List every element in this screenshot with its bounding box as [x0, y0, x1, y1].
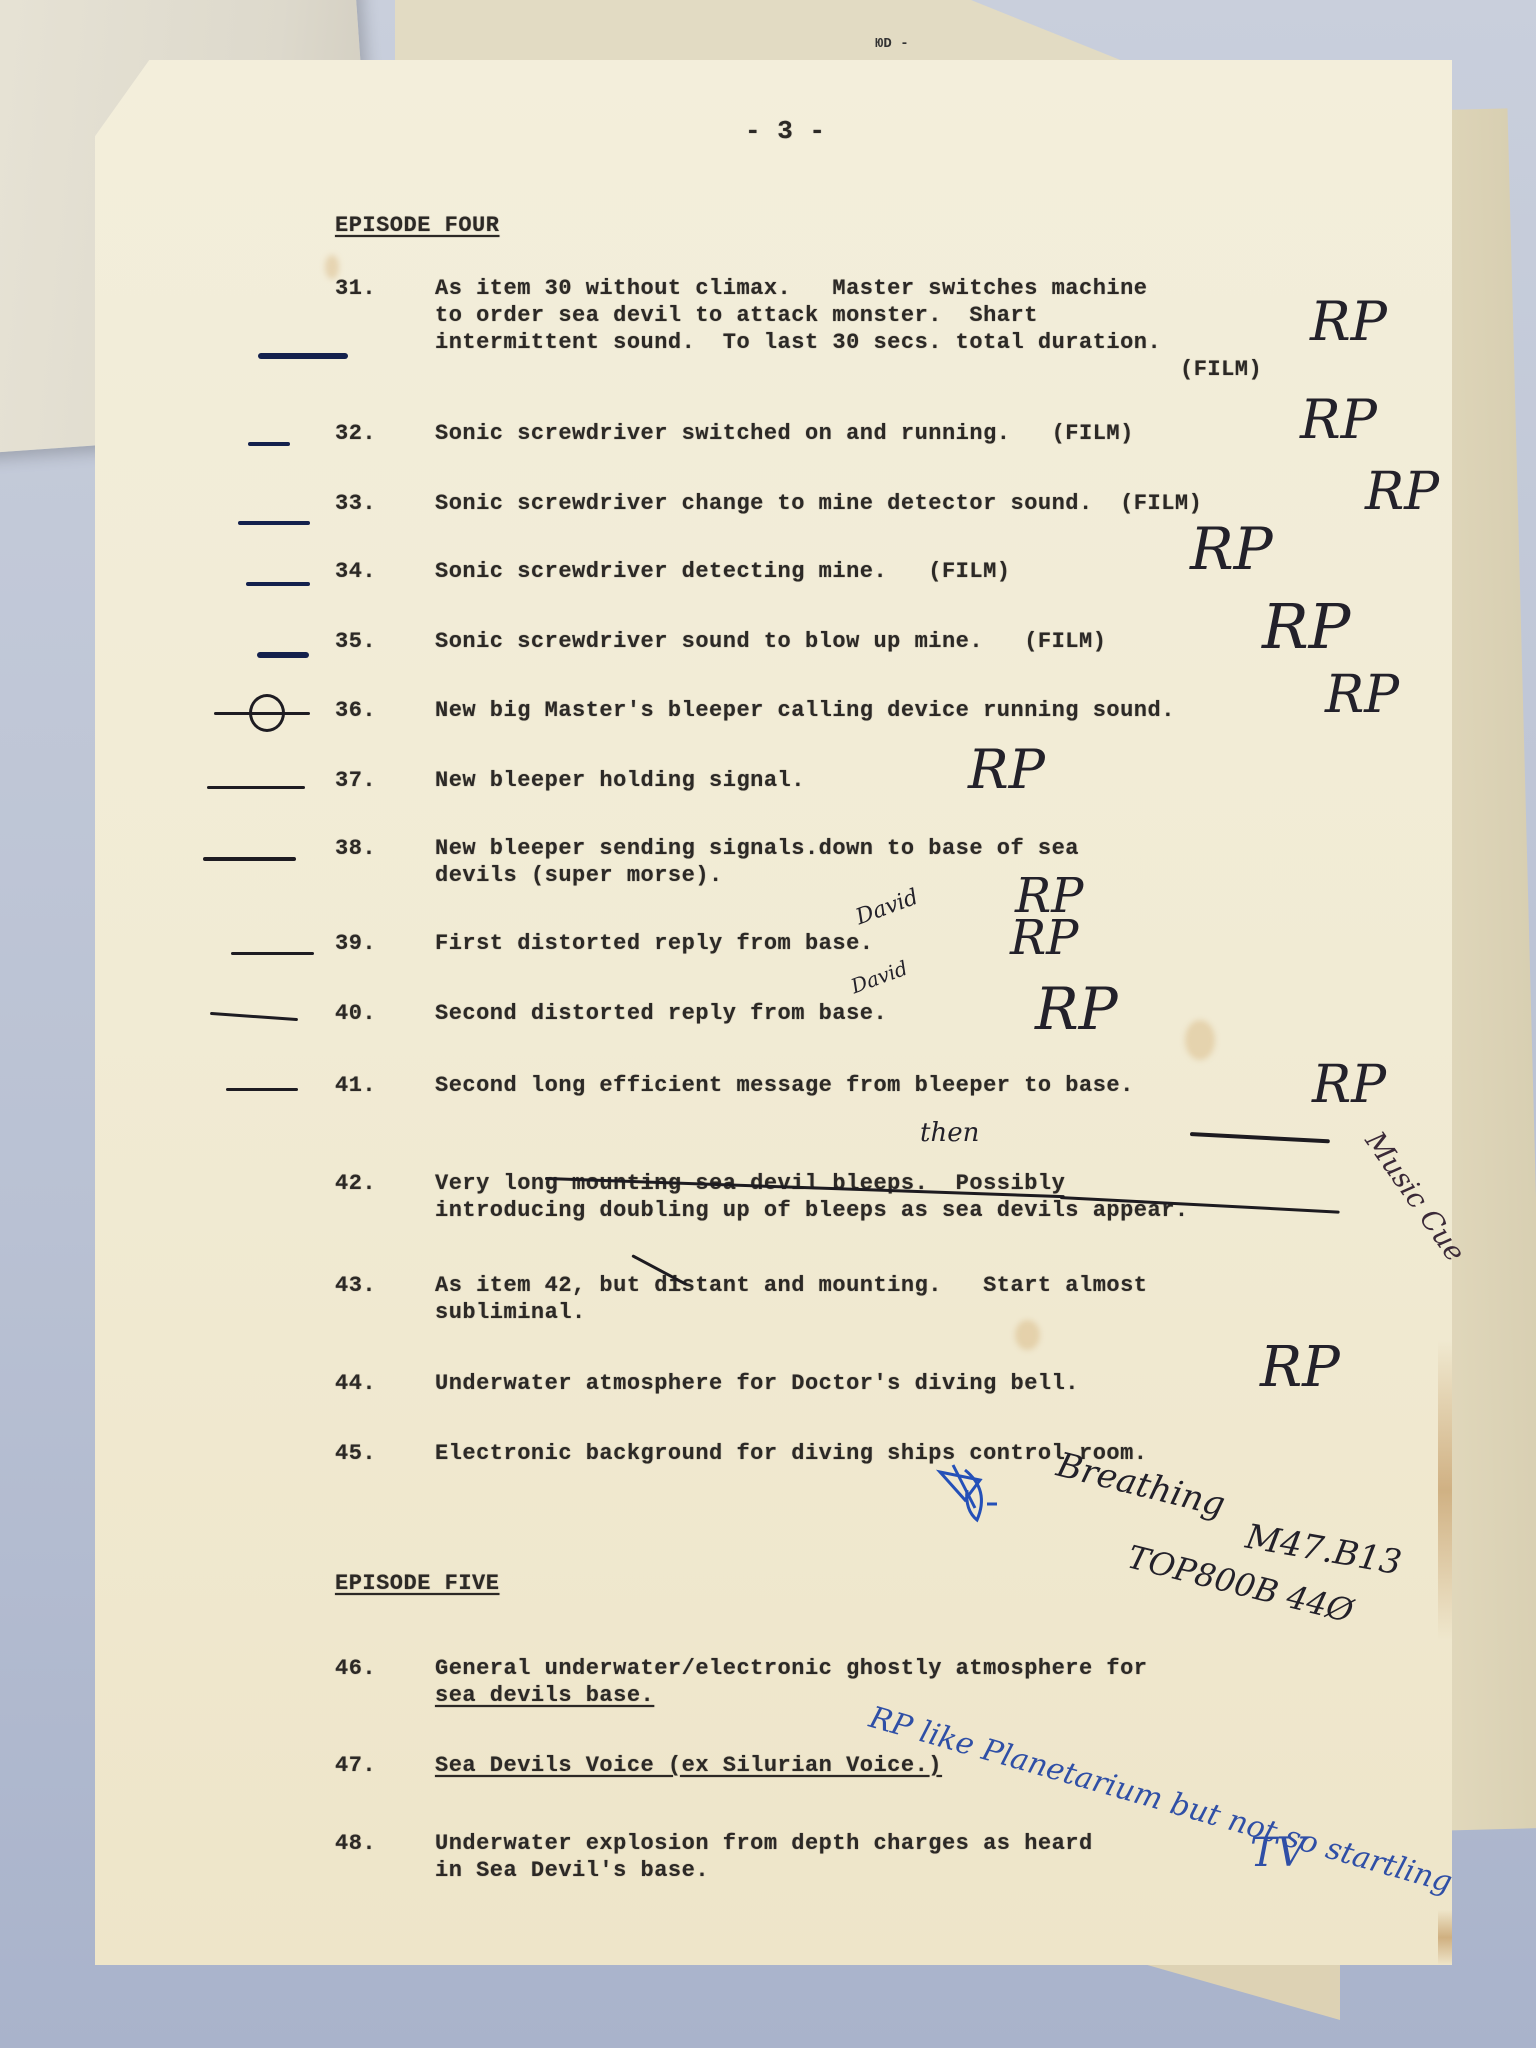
item-text: Electronic background for diving ships c…: [435, 1440, 1148, 1467]
item-number: 37.: [335, 767, 376, 794]
initials-annotation: RP: [1325, 665, 1399, 725]
tick-mark: [226, 1088, 298, 1091]
item-number: 48.: [335, 1830, 376, 1857]
item-text: Sonic screwdriver change to mine detecto…: [435, 490, 1202, 517]
item-text: First distorted reply from base.: [435, 930, 873, 957]
item-number: 47.: [335, 1752, 376, 1779]
item-text: Underwater atmosphere for Doctor's divin…: [435, 1370, 1079, 1397]
item-text: As item 42, but distant and mounting. St…: [435, 1272, 1148, 1299]
item-number: 38.: [335, 835, 376, 862]
background-paper-flap: [1130, 1960, 1340, 2020]
tick-mark: [257, 652, 309, 658]
item-number: 43.: [335, 1272, 376, 1299]
item-text: Second long efficient message from bleep…: [435, 1072, 1134, 1099]
item-text: intermittent sound. To last 30 secs. tot…: [435, 329, 1161, 356]
tick-mark: [203, 857, 296, 861]
item-number: 36.: [335, 697, 376, 724]
initials-annotation: RP: [1035, 975, 1118, 1043]
circle-mark: [249, 694, 285, 732]
item-text: devils (super morse).: [435, 862, 723, 889]
item-number: 34.: [335, 558, 376, 585]
item-text: subliminal.: [435, 1299, 586, 1326]
initials-annotation: RP: [1262, 590, 1350, 663]
item-text: Sonic screwdriver sound to blow up mine.…: [435, 628, 1106, 655]
item-number: 31.: [335, 275, 376, 302]
item-number: 33.: [335, 490, 376, 517]
section-heading: EPISODE FOUR: [335, 212, 499, 239]
tick-mark: [207, 786, 305, 789]
tick-mark: [248, 442, 290, 446]
back-sheet-mark: ЮD -: [875, 36, 909, 52]
item-number: 32.: [335, 420, 376, 447]
item-text: General underwater/electronic ghostly at…: [435, 1655, 1148, 1682]
item-number: 44.: [335, 1370, 376, 1397]
item-text: New bleeper sending signals.down to base…: [435, 835, 1079, 862]
item-text: Sea Devils Voice (ex Silurian Voice.): [435, 1752, 942, 1779]
item-text: sea devils base.: [435, 1682, 654, 1709]
initials-annotation: RP: [1300, 388, 1377, 451]
item-text: Second distorted reply from base.: [435, 1000, 887, 1027]
tv-annotation: TV: [1250, 1830, 1306, 1876]
initials-annotation: RP: [1312, 1055, 1386, 1115]
item-number: 40.: [335, 1000, 376, 1027]
page-number: - 3 -: [745, 118, 826, 145]
initials-annotation: RP: [1310, 290, 1387, 353]
item-text: to order sea devil to attack monster. Sh…: [435, 302, 1038, 329]
item-number: 41.: [335, 1072, 376, 1099]
item-text: New bleeper holding signal.: [435, 767, 805, 794]
tick-mark: [246, 582, 310, 586]
item-text: As item 30 without climax. Master switch…: [435, 275, 1148, 302]
item-number: 42.: [335, 1170, 376, 1197]
initials-annotation: RP: [1260, 1335, 1340, 1400]
diving-bell-sketch-icon: [935, 1460, 1005, 1530]
tick-mark: [238, 521, 310, 525]
tick-mark: [258, 353, 348, 359]
item-text: Sonic screwdriver detecting mine. (FILM): [435, 558, 1011, 585]
item-text: introducing doubling up of bleeps as sea…: [435, 1197, 1189, 1224]
initials-annotation: RP: [1010, 910, 1078, 966]
initials-annotation: RP: [1365, 462, 1439, 522]
item-text: Sonic screwdriver switched on and runnin…: [435, 420, 1134, 447]
item-number: 46.: [335, 1655, 376, 1682]
item-text: New big Master's bleeper calling device …: [435, 697, 1175, 724]
item-text: in Sea Devil's base.: [435, 1857, 709, 1884]
item-suffix: (FILM): [1180, 356, 1262, 383]
item-number: 45.: [335, 1440, 376, 1467]
initials-annotation: RP: [1190, 515, 1273, 583]
item-number: 39.: [335, 930, 376, 957]
item-number: 35.: [335, 628, 376, 655]
item-text: Underwater explosion from depth charges …: [435, 1830, 1093, 1857]
initials-annotation: RP: [968, 738, 1045, 801]
section-heading: EPISODE FIVE: [335, 1570, 499, 1597]
tick-mark: [231, 952, 314, 955]
then-annotation: then: [920, 1118, 979, 1148]
